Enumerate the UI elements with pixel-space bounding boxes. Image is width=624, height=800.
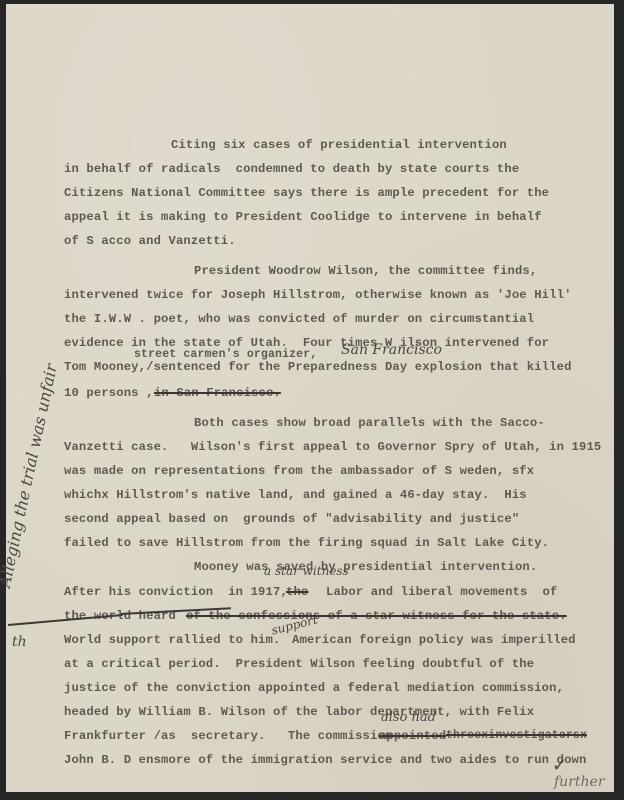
handwritten-insert: further <box>554 774 605 790</box>
typed-line: appeal it is making to President Coolidg… <box>64 210 542 224</box>
struck-text: the <box>286 585 308 599</box>
typed-line: 10 persons , <box>64 386 154 400</box>
typed-line: Citing six cases of presidential interve… <box>171 138 507 152</box>
typed-line: second appeal based on grounds of "advis… <box>64 512 519 526</box>
handwritten-insert: a star witness <box>264 564 349 578</box>
struck-text: in San Francisco. <box>154 386 281 400</box>
typed-line: whichx Hillstrom's native land, and gain… <box>64 488 527 502</box>
typed-line: Frankfurter /as secretary. The commissio… <box>64 729 392 743</box>
typed-line: of S acco and Vanzetti. <box>64 234 236 248</box>
typed-line: Citizens National Committee says there i… <box>64 186 549 200</box>
typed-line: Vanzetti case. Wilson's first appeal to … <box>64 440 601 454</box>
struck-text: of the confessions of a star witness for… <box>186 609 567 623</box>
typed-line: Tom Mooney,/sentenced for the Preparedne… <box>64 360 572 374</box>
typed-line: the I.W.W . poet, who was convicted of m… <box>64 312 534 326</box>
typed-line: Mooney was saved by presidential interve… <box>194 560 537 574</box>
typed-line: President Woodrow Wilson, the committee … <box>194 264 537 278</box>
typed-line: in behalf of radicals condemned to death… <box>64 162 519 176</box>
typed-line: John B. D ensmore of the immigration ser… <box>64 753 586 767</box>
typed-line: headed by William B. Wilson of the labor… <box>64 705 534 719</box>
struck-text: threexinvestigatorsx <box>446 729 587 742</box>
margin-note-prefix: th <box>12 634 27 650</box>
typed-line: Both cases show broad parallels with the… <box>194 416 545 430</box>
handwritten-insert: San Francisco <box>341 342 442 358</box>
typed-line: World support rallied to him. <box>64 633 280 647</box>
typed-line: failed to save Hillstrom from the firing… <box>64 536 549 550</box>
typed-line: After his conviction in 1917, <box>64 585 288 599</box>
typed-line: was made on representations from the amb… <box>64 464 534 478</box>
checkmark-icon: ✓ <box>552 755 567 776</box>
margin-note: Alleging the trial was unfair <box>0 362 61 589</box>
typed-line: at a critical period. President Wilson f… <box>64 657 534 671</box>
typed-line: intervened twice for Joseph Hillstrom, o… <box>64 288 572 302</box>
typed-line: Labor and liberal movements of <box>326 585 557 599</box>
typed-line: justice of the conviction appointed a fe… <box>64 681 564 695</box>
handwritten-insert: also had <box>381 710 436 725</box>
struck-text: appointed <box>379 729 446 743</box>
document-page: Citing six cases of presidential interve… <box>6 4 614 792</box>
typed-line: American foreign policy was imperilled <box>292 633 576 647</box>
